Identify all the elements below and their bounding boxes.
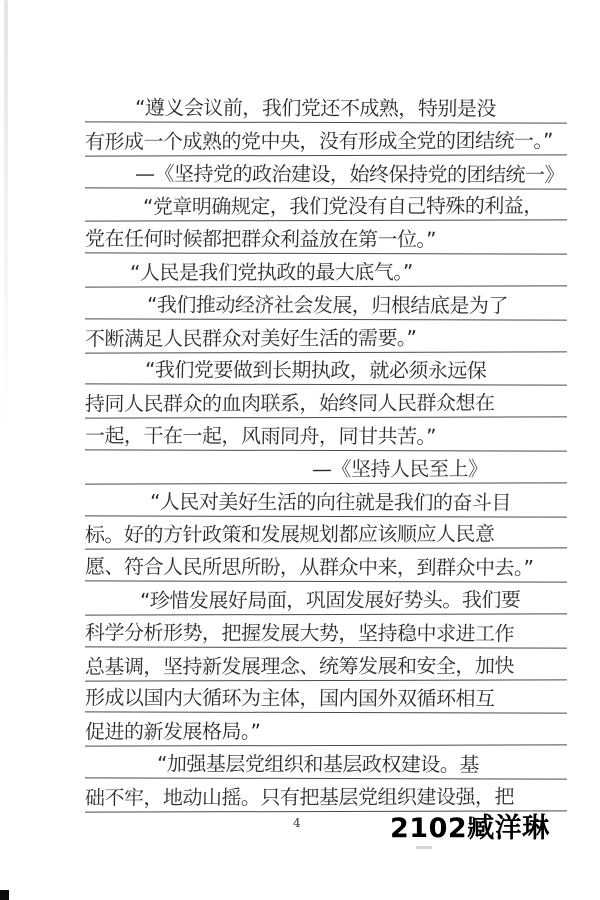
line-text: 不断满足人民群众对美好生活的需要。”: [85, 327, 417, 352]
handwritten-line: “我们党要做到长期执政，就必须永远保: [85, 352, 567, 386]
handwriting-block: “遵义会议前，我们党还不成熟，特别是没 有形成一个成熟的党中央，没有形成全党的团…: [85, 90, 567, 812]
handwritten-line: 一起，干在一起，风雨同舟，同甘共苦。”: [85, 417, 567, 451]
page-number: 4: [293, 816, 301, 830]
line-text: “我们党要做到长期执政，就必须永远保: [145, 360, 487, 385]
line-text: 科学分析形势，把握发展大势，坚持稳中求进工作: [85, 622, 514, 647]
line-text: “党章明确规定，我们党没有自己特殊的利益，: [143, 196, 543, 221]
handwritten-line: “人民对美好生活的向往就是我们的奋斗目: [85, 483, 567, 517]
line-text: —《坚持党的政治建设，始终保持党的团结统一》: [135, 163, 564, 188]
handwritten-line: “我们推动经济社会发展，归根结底是为了: [85, 286, 567, 320]
line-text: 形成以国内大循环为主体，国内国外双循环相互: [85, 688, 495, 713]
scanned-page: “遵义会议前，我们党还不成熟，特别是没 有形成一个成熟的党中央，没有形成全党的团…: [0, 0, 600, 900]
line-text: “遵义会议前，我们党还不成熟，特别是没: [135, 97, 496, 122]
line-text: 党在任何时候都把群众利益放在第一位。”: [85, 228, 436, 253]
line-text: 标。好的方针政策和发展规划都应该顺应人民意: [85, 524, 495, 549]
handwritten-line: “党章明确规定，我们党没有自己特殊的利益，: [85, 188, 567, 222]
handwritten-line: “人民是我们党执政的最大底气。”: [85, 253, 567, 287]
handwritten-line: 科学分析形势，把握发展大势，坚持稳中求进工作: [85, 614, 567, 648]
line-text: 持同人民群众的血肉联系，始终同人民群众想在: [85, 393, 495, 418]
handwritten-line: 促进的新发展格局。”: [85, 713, 567, 747]
scan-corner-artifact: [0, 890, 9, 900]
handwritten-line: 不断满足人民群众对美好生活的需要。”: [85, 319, 567, 353]
handwritten-line: “遵义会议前，我们党还不成熟，特别是没: [85, 89, 567, 123]
line-text: “人民对美好生活的向往就是我们的奋斗目: [150, 491, 511, 516]
attribution-line: —《坚持党的政治建设，始终保持党的团结统一》: [85, 155, 567, 189]
handwritten-line: 愿、符合人民所思所盼，从群众中来，到群众中去。”: [85, 549, 567, 583]
line-text: —《坚持人民至上》: [312, 458, 488, 482]
line-text: 有形成一个成熟的党中央，没有形成全党的团结统一。”: [85, 130, 553, 155]
handwritten-line: “珍惜发展好局面，巩固发展好势头。我们要: [85, 581, 567, 615]
handwritten-line: 标。好的方针政策和发展规划都应该顺应人民意: [85, 516, 567, 550]
handwritten-line: 形成以国内大循环为主体，国内国外双循环相互: [85, 680, 567, 714]
line-text: “珍惜发展好局面，巩固发展好势头。我们要: [140, 589, 521, 614]
line-text: “人民是我们党执政的最大底气。”: [130, 262, 413, 287]
handwritten-line: 有形成一个成熟的党中央，没有形成全党的团结统一。”: [85, 122, 567, 156]
handwritten-line: 总基调，坚持新发展理念、统筹发展和安全，加快: [85, 647, 567, 681]
line-text: 促进的新发展格局。”: [85, 721, 261, 745]
line-text: 一起，干在一起，风雨同舟，同甘共苦。”: [85, 425, 436, 450]
handwritten-line: 党在任何时候都把群众利益放在第一位。”: [85, 221, 567, 255]
scan-smudge-artifact: [416, 846, 432, 849]
line-text: 愿、符合人民所思所盼，从群众中来，到群众中去。”: [85, 556, 534, 581]
scan-left-edge-artifact: [4, 0, 8, 430]
signature-name: 2102臧洋琳: [390, 806, 550, 845]
handwritten-line: “加强基层党组织和基层政权建设。基: [85, 745, 567, 779]
handwritten-line: 持同人民群众的血肉联系，始终同人民群众想在: [85, 385, 567, 419]
line-text: “我们推动经济社会发展，归根结底是为了: [147, 294, 508, 319]
line-text: 总基调，坚持新发展理念、统筹发展和安全，加快: [85, 655, 514, 680]
line-text: “加强基层党组织和基层政权建设。基: [157, 753, 479, 778]
attribution-line: —《坚持人民至上》: [85, 450, 567, 484]
